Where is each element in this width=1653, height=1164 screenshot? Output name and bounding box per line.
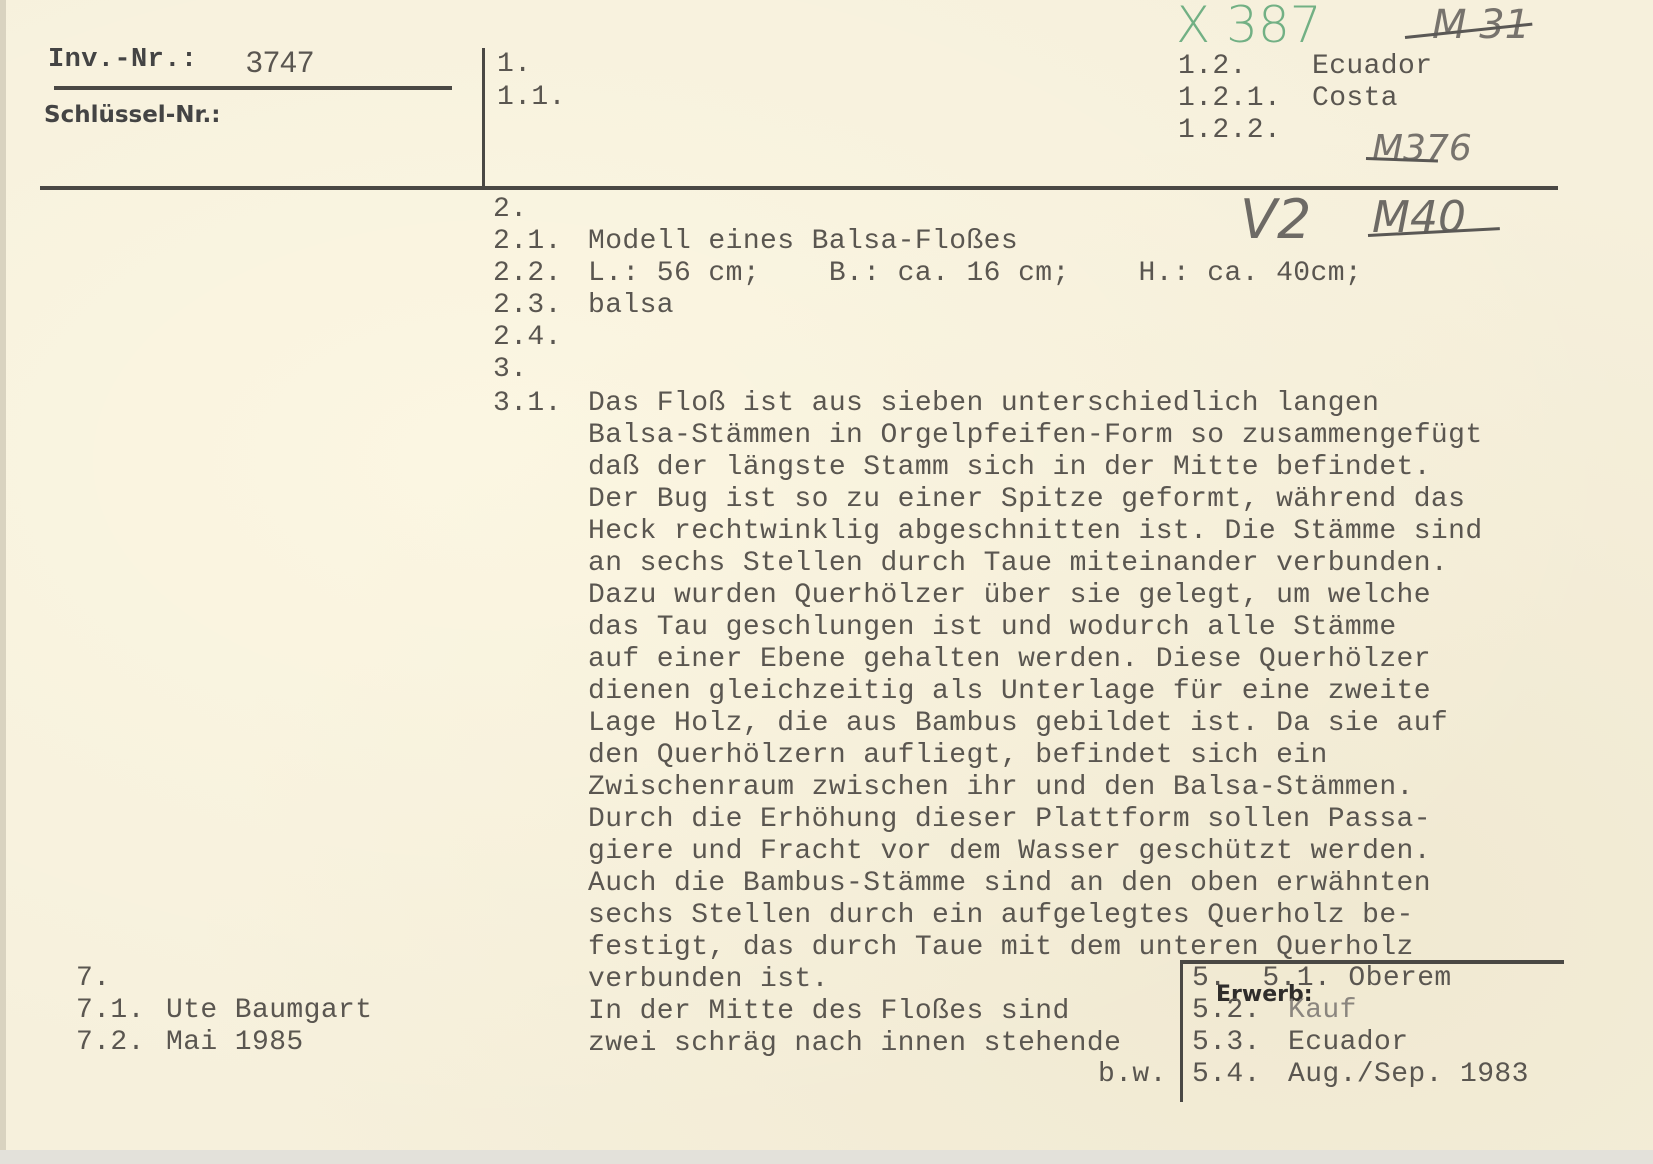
description-line: Balsa-Stämmen in Orgelpfeifen-Form so zu…: [588, 419, 1483, 452]
record-date: Mai 1985: [166, 1026, 304, 1059]
section1-right-value: Costa: [1312, 82, 1398, 115]
section1-right-num: 1.2.: [1178, 50, 1247, 83]
pencil-annotation-v2: V2: [1240, 188, 1311, 251]
section2-num: 2.1.: [493, 225, 562, 258]
section3-sub-num: 3.1.: [493, 387, 562, 420]
description-line: an sechs Stellen durch Taue miteinander …: [588, 547, 1483, 580]
object-dimensions: L.: 56 cm; B.: ca. 16 cm; H.: ca. 40cm;: [588, 257, 1362, 290]
object-title: Modell eines Balsa-Floßes: [588, 225, 1018, 258]
description-line: das Tau geschlungen ist und wodurch alle…: [588, 611, 1483, 644]
section2-num: 2.: [493, 193, 527, 226]
inv-number-value: 3747: [246, 46, 314, 79]
section2-num: 2.2.: [493, 257, 562, 290]
acquisition-place: Ecuador: [1288, 1026, 1408, 1059]
description-line: auf einer Ebene gehalten werden. Diese Q…: [588, 643, 1483, 676]
header-vertical-divider: [482, 48, 485, 188]
description-line: Lage Holz, die aus Bambus gebildet ist. …: [588, 707, 1483, 740]
section7-num: 7.1.: [76, 994, 145, 1027]
card-edge: [0, 0, 6, 1150]
description-line: Das Floß ist aus sieben unterschiedlich …: [588, 387, 1483, 420]
section5-num: 5.4.: [1192, 1058, 1261, 1091]
pencil-annotation-mid: M376: [1372, 128, 1472, 169]
section1-line: 1.1.: [497, 81, 566, 114]
section5-num: 5.2.: [1192, 994, 1261, 1027]
description-line: dienen gleichzeitig als Unterlage für ei…: [588, 675, 1483, 708]
acquisition-type: Kauf: [1288, 994, 1357, 1027]
section5-num: 5.3.: [1192, 1026, 1261, 1059]
section2-num: 2.3.: [493, 289, 562, 322]
section1-right-num: 1.2.1.: [1178, 82, 1281, 115]
scan-background: [0, 1150, 1653, 1164]
description-line: Auch die Bambus-Stämme sind an den oben …: [588, 867, 1483, 900]
section2-num: 2.4.: [493, 321, 562, 354]
continued-mark: b.w.: [1098, 1058, 1167, 1091]
section3-num: 3.: [493, 353, 527, 386]
description-line: Der Bug ist so zu einer Spitze geformt, …: [588, 483, 1483, 516]
section1-line: 1.: [497, 48, 531, 81]
section1-right-num: 1.2.2.: [1178, 114, 1281, 147]
acquisition-date: Aug./Sep. 1983: [1288, 1058, 1529, 1091]
inv-number-label: Inv.-Nr.:: [48, 44, 197, 77]
key-number-label: Schlüssel-Nr.:: [44, 102, 221, 128]
description-line: den Querhölzern aufliegt, befindet sich …: [588, 739, 1483, 772]
description-line: daß der längste Stamm sich in der Mitte …: [588, 451, 1483, 484]
description-line: Heck rechtwinklig abgeschnitten ist. Die…: [588, 515, 1483, 548]
description-line: Durch die Erhöhung dieser Plattform soll…: [588, 803, 1483, 836]
object-material: balsa: [588, 289, 674, 322]
description-line: giere und Fracht vor dem Wasser geschütz…: [588, 835, 1483, 868]
header-horizontal-rule: [40, 186, 1558, 190]
section7-num: 7.2.: [76, 1026, 145, 1059]
description-line: sechs Stellen durch ein aufgelegtes Quer…: [588, 899, 1483, 932]
green-annotation: X 387: [1176, 0, 1322, 54]
section1-right-value: Ecuador: [1312, 50, 1432, 83]
acquisition-box-left: [1180, 960, 1183, 1102]
section7-num: 7.: [76, 962, 110, 995]
recorder-name: Ute Baumgart: [166, 994, 372, 1027]
description-line: Dazu wurden Querhölzer über sie gelegt, …: [588, 579, 1483, 612]
inv-underline: [54, 86, 452, 90]
description-line: Zwischenraum zwischen ihr und den Balsa-…: [588, 771, 1483, 804]
